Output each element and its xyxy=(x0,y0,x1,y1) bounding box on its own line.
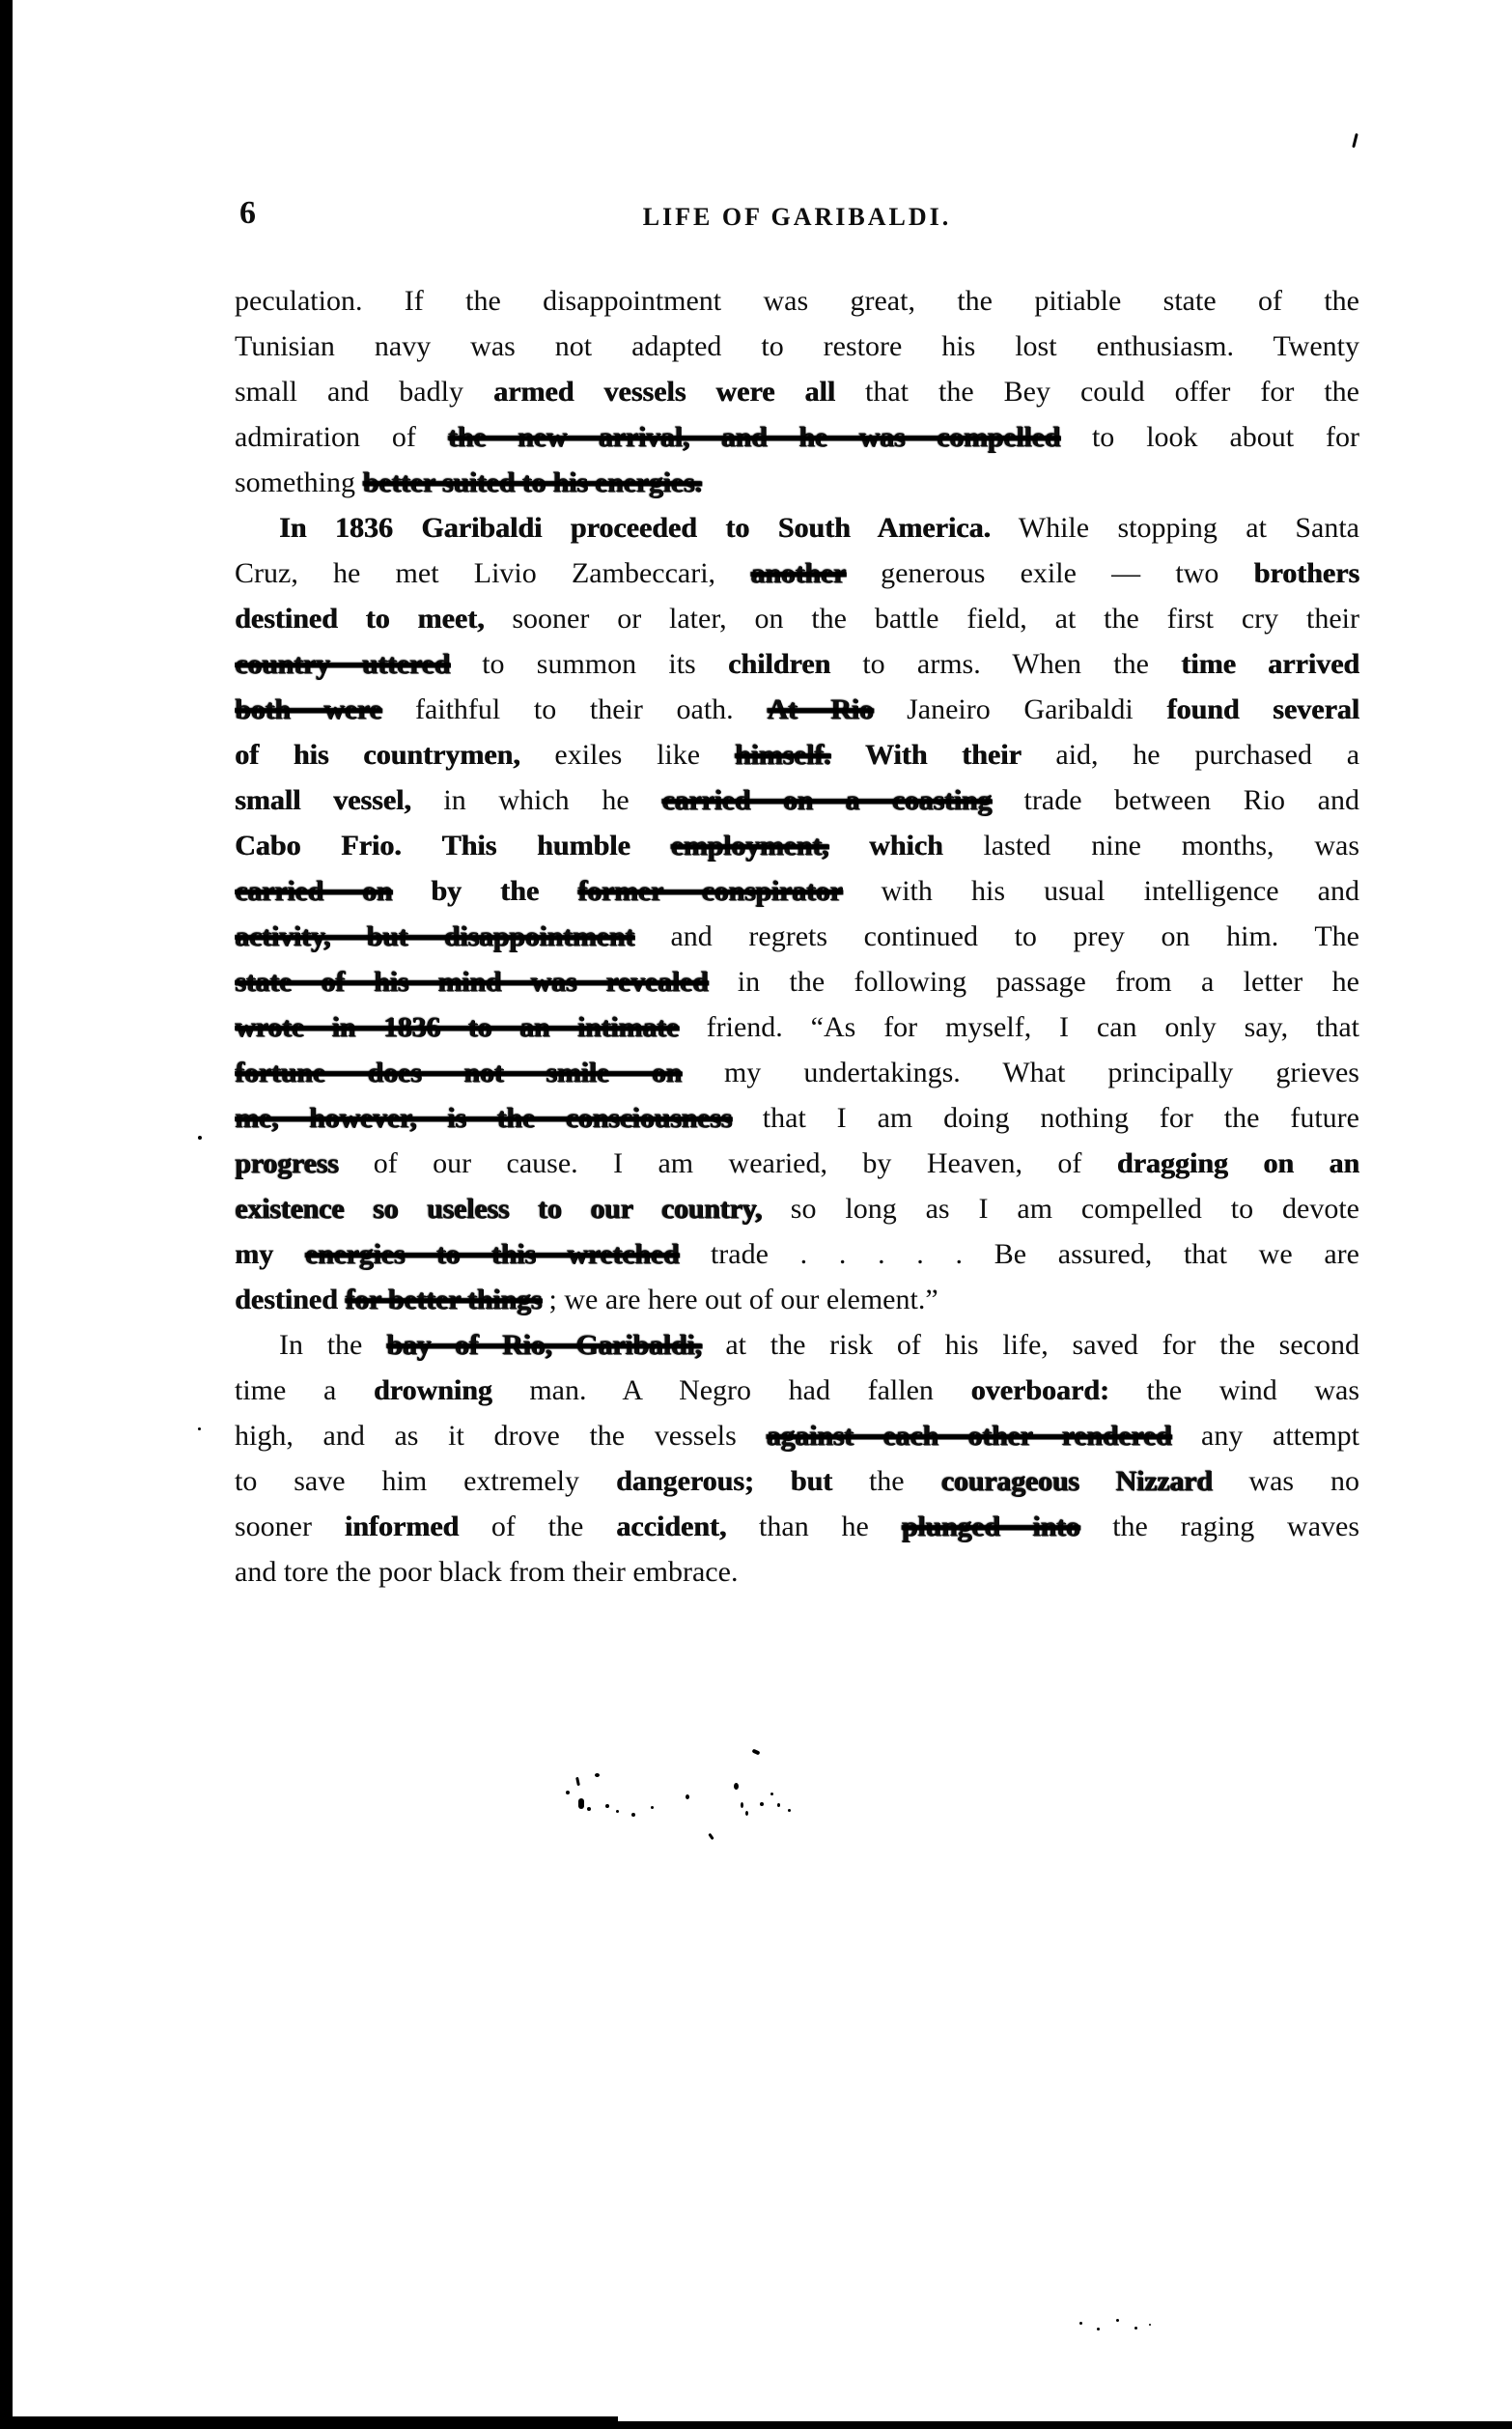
smudged-text-segment: informed xyxy=(345,1511,459,1542)
text-line: state of his mind was revealed in the fo… xyxy=(235,959,1359,1004)
smudged-text-segment: against each other rendered xyxy=(766,1420,1171,1452)
text-segment: While stopping at Santa xyxy=(991,512,1359,544)
text-segment: at the risk of his life, saved for the s… xyxy=(702,1329,1359,1361)
text-segment: that the Bey could offer for the xyxy=(835,376,1359,408)
ink-speckle xyxy=(741,1802,743,1808)
smudged-text-segment: bay of Rio, Garibaldi, xyxy=(386,1329,702,1361)
text-segment: Janeiro Garibaldi xyxy=(873,693,1166,725)
text-line: small and badly armed vessels were all t… xyxy=(235,369,1359,414)
smudged-text-segment: Cabo Frio. xyxy=(235,830,402,861)
text-segment xyxy=(828,830,869,861)
text-segment: ; we are here out of our element.” xyxy=(542,1284,938,1315)
text-line: me, however, is the consciousness that I… xyxy=(235,1095,1359,1141)
smudged-text-segment: of his countrymen, xyxy=(235,739,520,771)
text-segment: that I am doing nothing for the future xyxy=(732,1102,1359,1134)
smudged-text-segment: brothers xyxy=(1254,557,1359,589)
text-line: admiration of the new arrival, and he wa… xyxy=(235,414,1359,460)
ink-speckle xyxy=(708,1833,714,1840)
smudged-text-segment: children xyxy=(728,648,830,680)
ink-speckle xyxy=(1149,2324,1151,2326)
text-line: of his countrymen, exiles like himself. … xyxy=(235,732,1359,777)
smudged-text-segment: This humble xyxy=(441,830,670,861)
smudged-text-segment: employment, xyxy=(671,830,829,861)
smudged-text-segment: my xyxy=(235,1238,273,1270)
smudged-text-segment: dragging on an xyxy=(1117,1147,1359,1179)
smudged-text-segment: drowning xyxy=(374,1374,492,1406)
text-segment: faithful to their oath. xyxy=(381,693,767,725)
smudged-text-segment: country uttered xyxy=(235,648,450,680)
ink-speckle xyxy=(566,1791,570,1794)
smudged-text-segment: destined xyxy=(235,1284,338,1315)
smudged-text-segment: for better things xyxy=(345,1284,542,1315)
smudged-text-segment: progress xyxy=(235,1147,338,1179)
smudged-text-segment: activity, but disappointment xyxy=(235,920,634,952)
text-segment: of the xyxy=(459,1511,616,1542)
text-line: and tore the poor black from their embra… xyxy=(235,1549,1359,1595)
text-segment: friend. “As for myself, I can only say, … xyxy=(679,1011,1359,1043)
ink-speckle xyxy=(734,1783,739,1790)
ink-speckle xyxy=(605,1804,609,1808)
smudged-text-segment: overboard: xyxy=(971,1374,1109,1406)
text-segment: Cruz, he met Livio Zambeccari, xyxy=(235,557,750,589)
smudged-text-segment: accident, xyxy=(616,1511,726,1542)
ink-speckle xyxy=(1097,2328,1100,2330)
text-line: wrote in 1836 to an intimate friend. “As… xyxy=(235,1004,1359,1050)
text-segment: aid, he purchased a xyxy=(1022,739,1359,771)
text-segment: in the following passage from a letter h… xyxy=(708,966,1359,998)
text-line: In 1836 Garibaldi proceeded to South Ame… xyxy=(235,505,1359,551)
text-line: both were faithful to their oath. At Rio… xyxy=(235,687,1359,732)
text-segment: was no xyxy=(1213,1465,1360,1497)
text-segment: so long as I am compelled to devote xyxy=(762,1193,1359,1225)
text-line: progress of our cause. I am wearied, by … xyxy=(235,1141,1359,1186)
ink-speckle xyxy=(631,1813,635,1817)
text-segment: the raging waves xyxy=(1079,1511,1359,1542)
text-line: sooner informed of the accident, than he… xyxy=(235,1504,1359,1549)
smudged-text-segment: another xyxy=(750,557,846,589)
smudged-text-segment: energies to this wretched xyxy=(305,1238,680,1270)
smudged-text-segment: existence so useless to our country, xyxy=(235,1193,762,1225)
ink-speckle xyxy=(616,1810,619,1813)
ink-speckle xyxy=(595,1773,600,1777)
scan-edge-bottom-corner xyxy=(0,2416,618,2429)
text-segment: in which he xyxy=(411,784,661,816)
text-line: In the bay of Rio, Garibaldi, at the ris… xyxy=(235,1322,1359,1368)
ink-speckle xyxy=(770,1793,773,1795)
text-segment: In the xyxy=(279,1329,386,1361)
smudged-text-segment: time arrived xyxy=(1181,648,1359,680)
smudged-text-segment: courageous Nizzard xyxy=(941,1465,1213,1497)
ink-speckle xyxy=(745,1811,748,1816)
smudged-text-segment: fortune does not smile on xyxy=(235,1057,682,1088)
text-line: destined for better things ; we are here… xyxy=(235,1277,1359,1322)
smudged-text-segment: With their xyxy=(865,739,1022,771)
ink-speckle xyxy=(198,1427,201,1430)
text-line: carried on by the former conspirator wit… xyxy=(235,868,1359,914)
smudged-text-segment: destined to meet, xyxy=(235,603,485,635)
text-line: activity, but disappointment and regrets… xyxy=(235,914,1359,959)
smudged-text-segment: wrote in 1836 to an intimate xyxy=(235,1011,679,1043)
smudged-text-segment: armed vessels were all xyxy=(493,376,835,408)
text-segment: and regrets continued to prey on him. Th… xyxy=(634,920,1359,952)
smudged-text-segment: dangerous; but xyxy=(616,1465,832,1497)
smudged-text-segment: himself. xyxy=(735,739,830,771)
text-line: time a drowning man. A Negro had fallen … xyxy=(235,1368,1359,1413)
text-line: existence so useless to our country, so … xyxy=(235,1186,1359,1231)
smudged-text-segment: by the xyxy=(392,875,577,907)
text-line: Tunisian navy was not adapted to restore… xyxy=(235,324,1359,369)
text-segment: admiration of xyxy=(235,421,448,453)
text-line: country uttered to summon its children t… xyxy=(235,641,1359,687)
text-segment: any attempt xyxy=(1171,1420,1359,1452)
text-segment: small and badly xyxy=(235,376,493,408)
ink-speckle xyxy=(788,1809,791,1812)
text-segment: time a xyxy=(235,1374,374,1406)
smudged-text-segment: carried on xyxy=(235,875,392,907)
text-segment: to look about for xyxy=(1060,421,1359,453)
text-segment: to arms. When the xyxy=(830,648,1181,680)
text-segment: Tunisian navy was not adapted to restore… xyxy=(235,330,1359,362)
ink-speckle xyxy=(686,1794,689,1799)
text-segment xyxy=(273,1238,305,1270)
ink-speckle xyxy=(777,1803,780,1807)
text-line: Cabo Frio. This humble employment, which… xyxy=(235,823,1359,868)
text-block: peculation. If the disappointment was gr… xyxy=(235,278,1359,1595)
text-segment: the wind was xyxy=(1109,1374,1359,1406)
text-segment: man. A Negro had fallen xyxy=(492,1374,971,1406)
book-page-scan: 6 LIFE OF GARIBALDI. peculation. If the … xyxy=(0,0,1512,2429)
ink-speckle xyxy=(198,1136,202,1140)
ink-speckle xyxy=(1079,2322,1082,2325)
smudged-text-segment: which xyxy=(869,830,943,861)
text-line: fortune does not smile on my undertaking… xyxy=(235,1050,1359,1095)
text-line: destined to meet, sooner or later, on th… xyxy=(235,596,1359,641)
text-line: peculation. If the disappointment was gr… xyxy=(235,278,1359,324)
text-segment: the xyxy=(832,1465,941,1497)
text-segment: trade . . . . . Be assured, that we are xyxy=(679,1238,1359,1270)
text-segment: trade between Rio and xyxy=(992,784,1359,816)
smudged-text-segment: former conspirator xyxy=(577,875,842,907)
ink-speckle xyxy=(752,1748,761,1755)
smudged-text-segment: the new arrival, and he was compelled xyxy=(448,421,1060,453)
ink-speckle xyxy=(587,1807,591,1811)
smudged-text-segment: found several xyxy=(1166,693,1359,725)
ink-speckle xyxy=(1134,2327,1137,2330)
text-segment: my undertakings. What principally grieve… xyxy=(682,1057,1359,1088)
text-line: my energies to this wretched trade . . .… xyxy=(235,1231,1359,1277)
smudged-text-segment: carried on a coasting xyxy=(661,784,992,816)
smudged-text-segment: small vessel, xyxy=(235,784,411,816)
smudged-text-segment: At Rio xyxy=(767,693,873,725)
text-line: Cruz, he met Livio Zambeccari, another g… xyxy=(235,551,1359,596)
smudged-text-segment: plunged into xyxy=(902,1511,1080,1542)
text-segment: peculation. If the disappointment was gr… xyxy=(235,285,1359,317)
text-segment: lasted nine months, was xyxy=(943,830,1359,861)
ink-speckle xyxy=(578,1798,584,1809)
smudged-text-segment: In 1836 Garibaldi proceeded to South Ame… xyxy=(279,512,991,544)
text-segment: sooner or later, on the battle field, at… xyxy=(485,603,1360,635)
text-segment: high, and as it drove the vessels xyxy=(235,1420,766,1452)
text-segment: and tore the poor black from their embra… xyxy=(235,1556,738,1588)
smudged-text-segment: better suited to his energies. xyxy=(363,466,702,498)
ink-speckle xyxy=(575,1777,580,1786)
text-segment xyxy=(402,830,442,861)
smudged-text-segment: both were xyxy=(235,693,381,725)
text-line: something better suited to his energies. xyxy=(235,460,1359,505)
text-line: high, and as it drove the vessels agains… xyxy=(235,1413,1359,1458)
smudged-text-segment: state of his mind was revealed xyxy=(235,966,708,998)
ink-tick-mark xyxy=(1352,133,1358,148)
scan-edge-left xyxy=(0,0,13,2429)
text-line: small vessel, in which he carried on a c… xyxy=(235,777,1359,823)
smudged-text-segment: me, however, is the consciousness xyxy=(235,1102,732,1134)
text-line: to save him extremely dangerous; but the… xyxy=(235,1458,1359,1504)
ink-speckle xyxy=(760,1802,764,1806)
ink-speckle xyxy=(651,1806,654,1809)
text-segment: generous exile — two xyxy=(846,557,1254,589)
text-segment: with his usual intelligence and xyxy=(842,875,1359,907)
text-segment: to save him extremely xyxy=(235,1465,616,1497)
text-segment: than he xyxy=(726,1511,901,1542)
text-segment: exiles like xyxy=(520,739,735,771)
running-title: LIFE OF GARIBALDI. xyxy=(235,203,1359,232)
text-segment: to summon its xyxy=(450,648,728,680)
text-segment: something xyxy=(235,466,363,498)
ink-speckle xyxy=(1116,2319,1119,2322)
text-segment xyxy=(830,739,865,771)
text-segment: of our cause. I am wearied, by Heaven, o… xyxy=(338,1147,1116,1179)
text-segment: sooner xyxy=(235,1511,345,1542)
